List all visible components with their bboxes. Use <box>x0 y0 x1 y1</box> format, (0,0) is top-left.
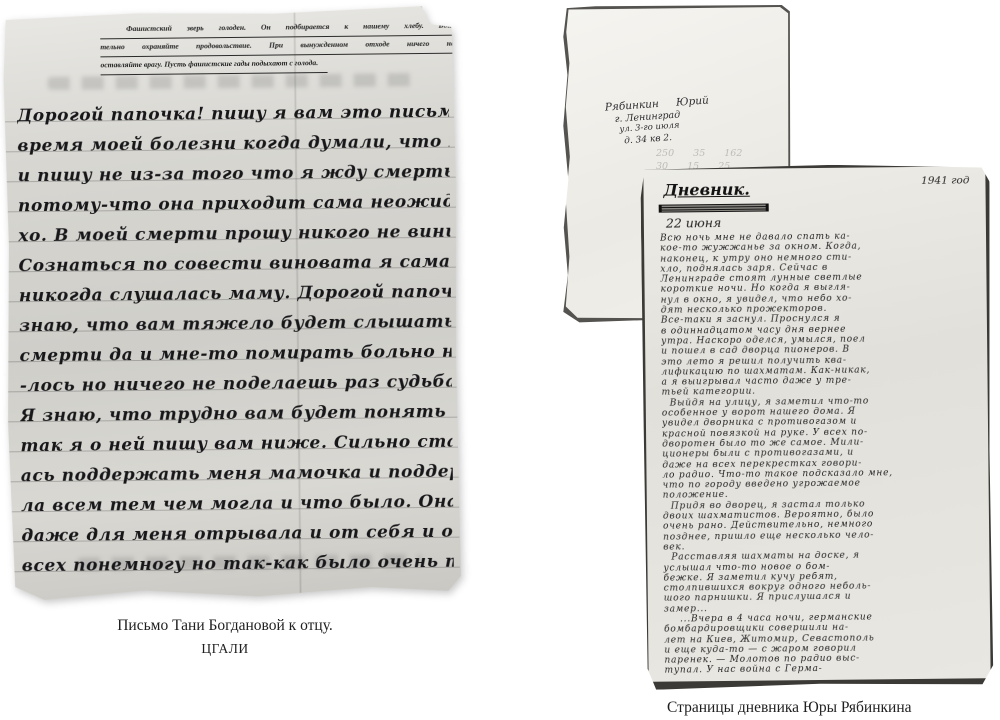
text-line: знаю, что вам тяжело будет слышать о мое… <box>19 307 451 342</box>
diary-year: 1941 год <box>921 174 969 187</box>
diary-handwriting: Всю ночь мне не давало спать ка-кое-то ж… <box>660 230 985 676</box>
text-line: тупал. У нас война с Герма- <box>665 663 985 677</box>
text-line: хо. В моей смерти прошу никого не винить… <box>18 217 450 252</box>
bleed-through-marks <box>48 73 417 90</box>
diary-paper: 1941 год Дневник. 22 июня Всю ночь мне н… <box>643 166 990 682</box>
text-line: так я о ней пишу вам ниже. Сильно старал… <box>20 427 452 462</box>
diary-title: Дневник. <box>663 180 749 200</box>
letter-handwriting: Дорогой папочка! пишу я вам это письмо в… <box>17 97 454 587</box>
letter-photo: Фашистский зверь голоден. Он подбирается… <box>2 5 462 602</box>
text-line: всех понемногу но так-как было очень тру… <box>22 547 454 582</box>
book-page: Фашистский зверь голоден. Он подбирается… <box>0 0 1000 720</box>
slogan-line: тельно охраняйте продовольствие. При вын… <box>100 36 454 58</box>
letter-caption-archive: ЦГАЛИ <box>55 641 395 657</box>
letter-paper: Фашистский зверь голоден. Он подбирается… <box>2 5 462 602</box>
text-line: смерти да и мне-то помирать больно нехо- <box>19 337 451 372</box>
text-line: потому-что она приходит сама неожиданно … <box>18 187 450 222</box>
text-line: ла всем тем чем могла и что было. Она <box>21 487 453 522</box>
diary-caption: Страницы дневника Юры Рябинкина <box>667 699 912 717</box>
text-line: время моей болезни когда думали, что я у… <box>17 127 449 162</box>
printed-slogan: Фашистский зверь голоден. Он подбирается… <box>100 18 455 76</box>
title-underline-bar <box>659 203 769 212</box>
text-line: 250 35 162 <box>656 147 742 160</box>
text-line: никогда слушалась маму. Дорогой папочка … <box>19 277 451 312</box>
text-line: Я знаю, что трудно вам будет понять мою … <box>20 397 452 432</box>
text-line: ась поддержать меня мамочка и поддержива… <box>21 457 453 492</box>
text-line: -лось но ничего не поделаешь раз судьба … <box>20 367 452 402</box>
text-line: и пишу не из-за того что я жду смерть, а <box>18 157 450 192</box>
slogan-line: оставляйте врагу. Пусть фашистские гады … <box>100 55 327 75</box>
letter-caption-title: Письмо Тани Богдановой к отцу. <box>55 617 395 635</box>
owner-address-handwriting: Рябинкин Юрийг. Ленинградул. 3-го июляд.… <box>605 95 712 148</box>
letter-caption: Письмо Тани Богдановой к отцу. ЦГАЛИ <box>55 617 395 657</box>
diary-page-photo: 1941 год Дневник. 22 июня Всю ночь мне н… <box>640 163 994 690</box>
diary-entry-date: 22 июня <box>666 215 722 231</box>
text-line: Дорогой папочка! пишу я вам это письмо в… <box>17 97 449 132</box>
text-line: даже для меня отрывала и от себя и от <box>21 517 453 552</box>
text-line: Сознаться по совести виновата я сама, та… <box>18 247 450 282</box>
